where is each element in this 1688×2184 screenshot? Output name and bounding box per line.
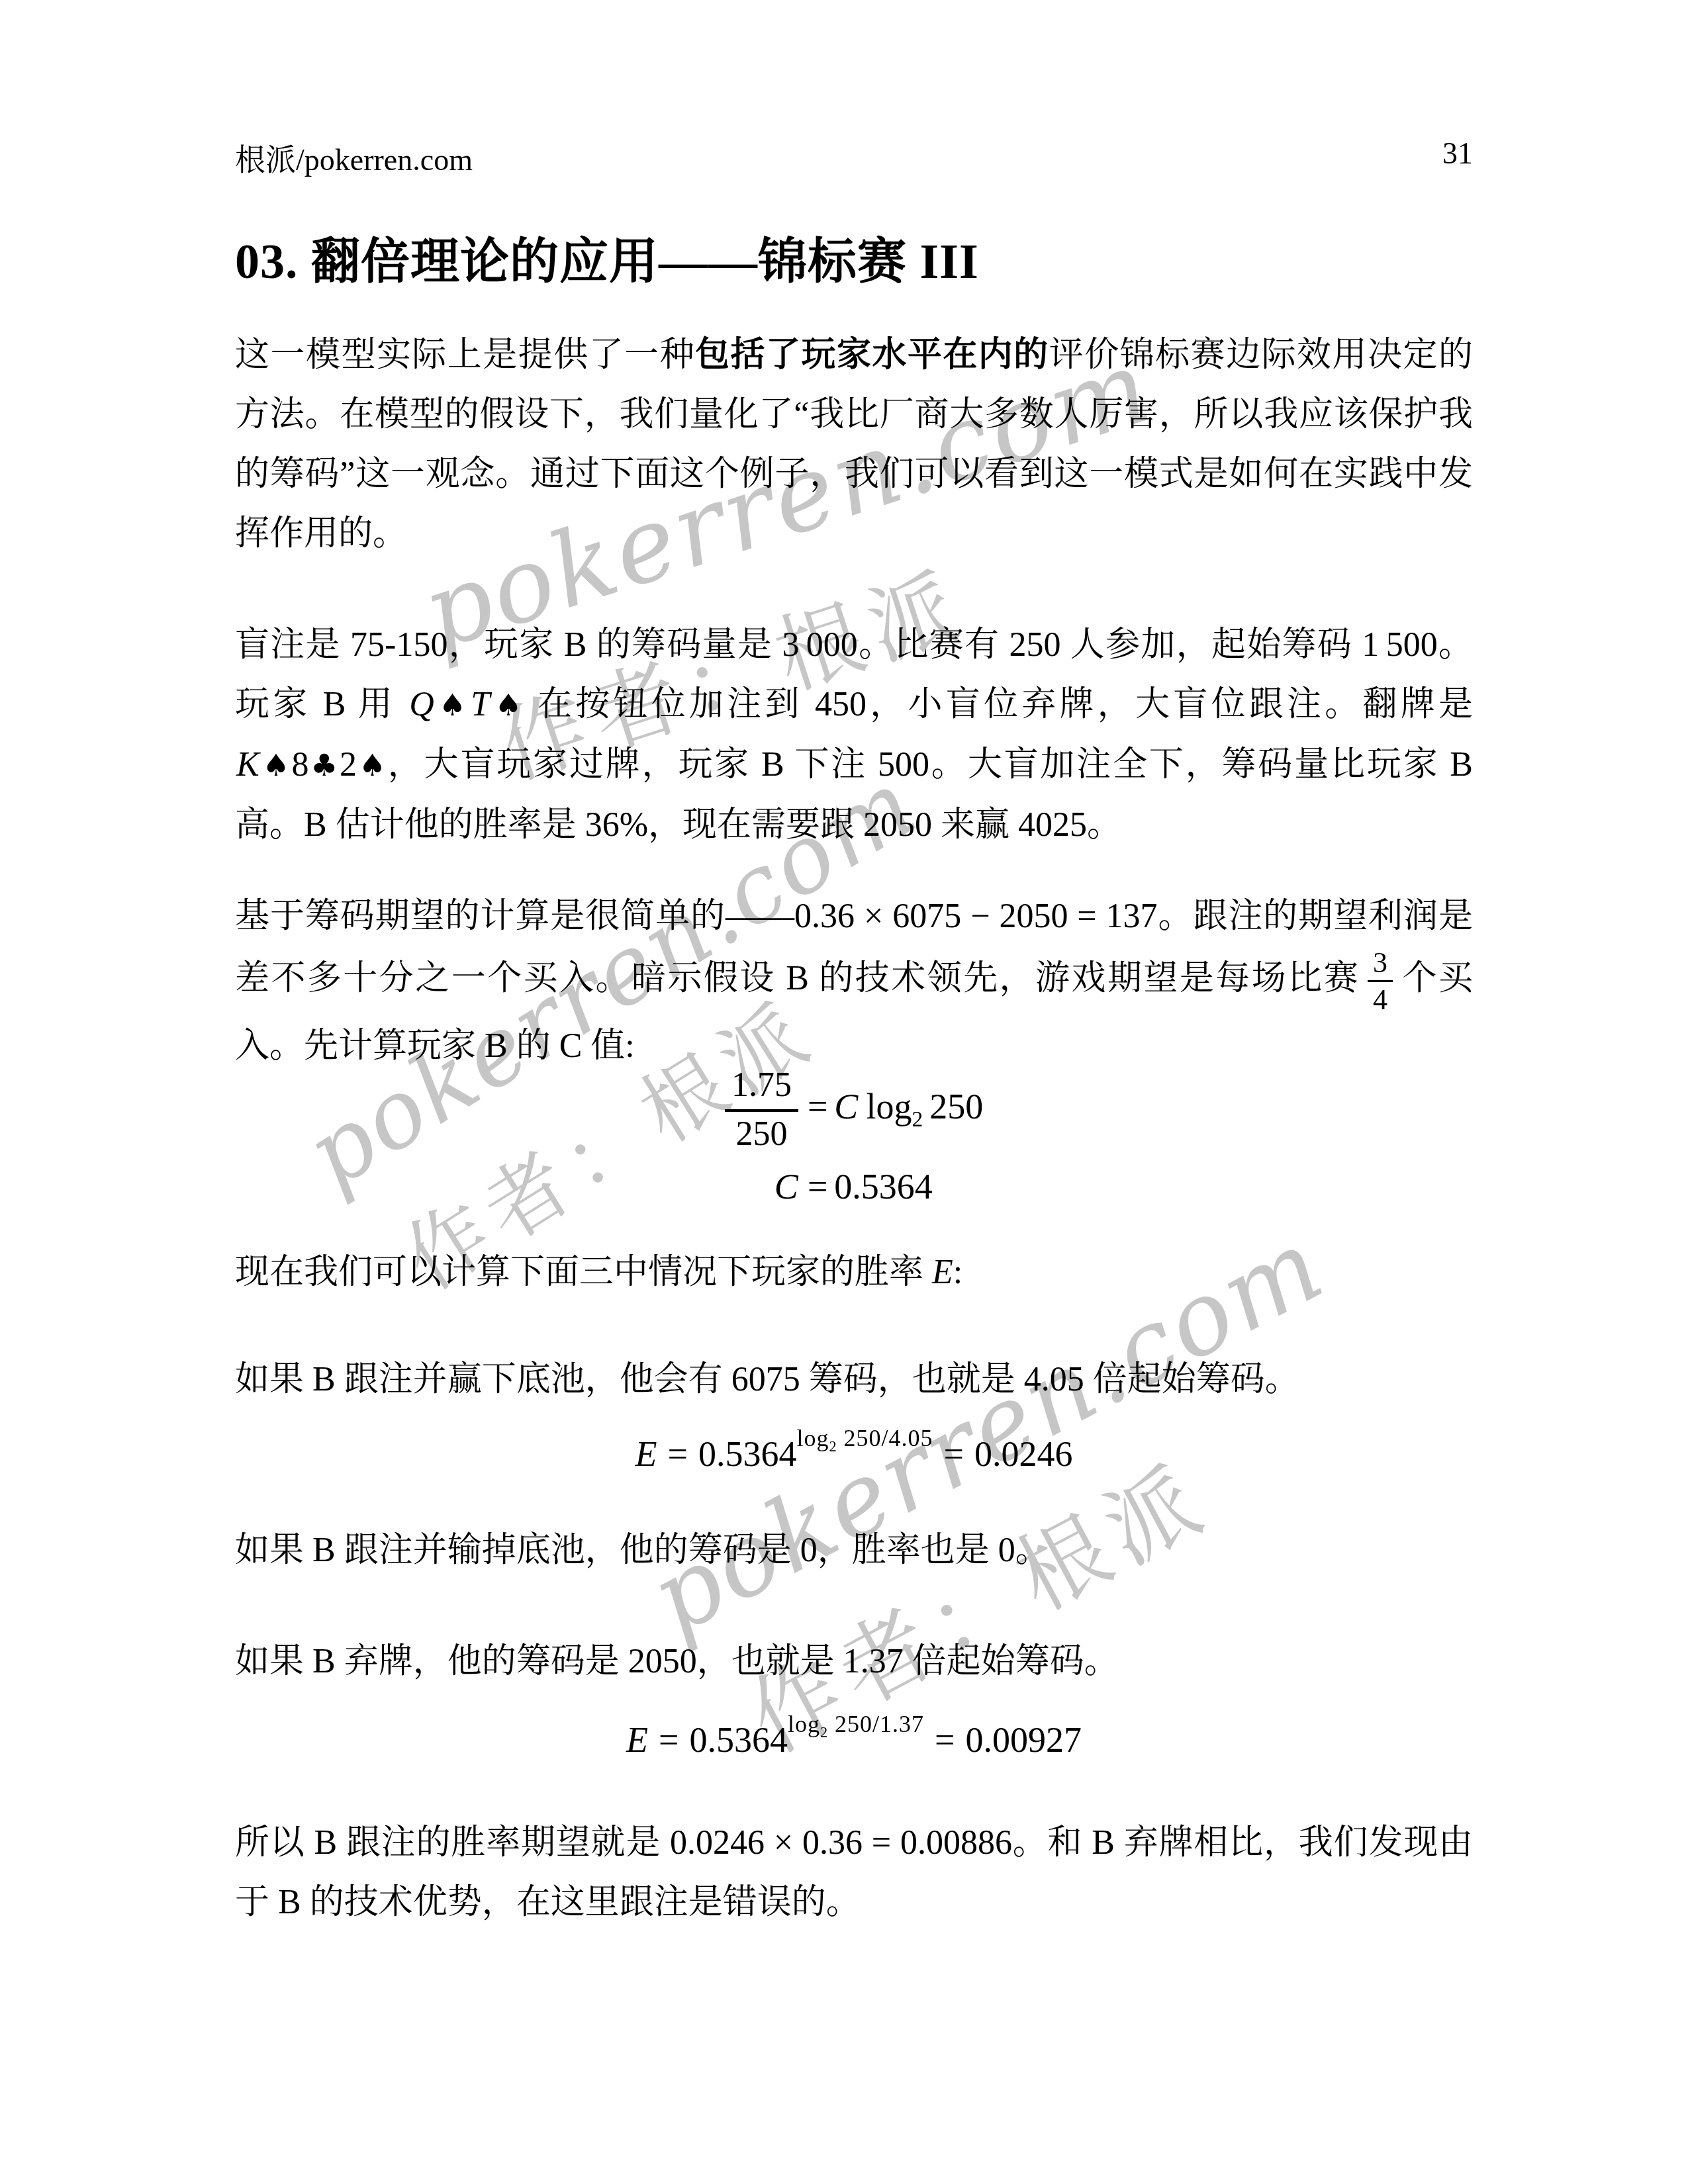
- variable-e: E: [932, 1253, 953, 1291]
- result-value: 0.00927: [966, 1720, 1082, 1760]
- card-rank: T: [471, 686, 490, 723]
- card-rank: K: [236, 746, 259, 784]
- log-function: log2: [866, 1087, 923, 1126]
- exponent: log2 250/1.37: [788, 1711, 924, 1737]
- log-base: 2: [820, 1724, 828, 1741]
- card-rank: 2: [340, 746, 357, 784]
- formula-equity-fold: E=0.5364log2 250/1.37=0.00927: [235, 1710, 1473, 1760]
- fraction-numerator: 3: [1368, 946, 1393, 982]
- log-base: 2: [829, 1438, 837, 1455]
- page-header: 根派/pokerren.com 31: [235, 136, 1473, 179]
- flop-cards: K♠8♣2♠: [235, 746, 388, 784]
- page-content: 根派/pokerren.com 31 03. 翻倍理论的应用——锦标赛 III …: [0, 0, 1688, 2184]
- base-value: 0.5364: [689, 1720, 788, 1760]
- inline-math-chip-ev: 0.36 × 6075 − 2050 = 137: [794, 897, 1158, 935]
- variable-c: C: [834, 1087, 858, 1126]
- paragraph-ev-calculation: 基于筹码期望的计算是很简单的——0.36 × 6075 − 2050 = 137…: [235, 887, 1473, 1076]
- log-argument: 250: [929, 1087, 983, 1126]
- formula-equity-win: E=0.5364log2 250/4.05=0.0246: [235, 1424, 1473, 1475]
- bold-text-run: 包括了玩家水平在内的: [695, 336, 1049, 374]
- equation-result: =0.5364: [798, 1166, 933, 1207]
- spade-suit-icon: ♠: [357, 748, 388, 783]
- exponent: log2 250/4.05: [796, 1425, 933, 1451]
- text-run: 基于筹码期望的计算是很简单的——: [235, 897, 794, 935]
- paragraph-case-win: 如果 B 跟注并赢下底池，他会有 6075 筹码，也就是 4.05 倍起始筹码。: [235, 1350, 1473, 1410]
- fraction-denominator: 250: [725, 1112, 798, 1154]
- equals-sign: =: [935, 1720, 955, 1760]
- inline-math-equity-ev: 0.0246 × 0.36 = 0.00886: [670, 1824, 1012, 1862]
- document-page: pokerren.com 作者：根派 pokerren.com 作者：根派 po…: [0, 0, 1688, 2184]
- paragraph-model-intro: 这一模型实际上是提供了一种包括了玩家水平在内的评价锦标赛边际效用决定的方法。在模…: [235, 326, 1473, 564]
- log-base: 2: [912, 1107, 923, 1132]
- text-run: 在按钮位加注到 450，小盲位弃牌，大盲位跟注。翻牌是: [526, 686, 1473, 723]
- text-run: ，大盲玩家过牌，玩家 B 下注 500。大盲加注全下，筹码量比玩家 B 高。B …: [235, 746, 1473, 844]
- exponent-argument: 250/1.37: [828, 1711, 924, 1737]
- formula-c-value: 1.75250 =Clog2250 C =0.5364: [235, 1064, 1473, 1207]
- fraction-denominator: 4: [1368, 982, 1393, 1016]
- paragraph-hand-setup: 盲注是 75-150，玩家 B 的筹码量是 3 000。比赛有 250 人参加，…: [235, 615, 1473, 855]
- base-value: 0.5364: [698, 1434, 797, 1474]
- spade-suit-icon: ♠: [491, 688, 526, 723]
- section-title: 03. 翻倍理论的应用——锦标赛 III: [235, 222, 979, 293]
- hole-cards: Q♠T♠: [408, 686, 526, 723]
- paragraph-case-lose: 如果 B 跟注并输掉底池，他的筹码是 0，胜率也是 0。: [235, 1521, 1473, 1580]
- text-run: 现在我们可以计算下面三中情况下玩家的胜率: [235, 1253, 932, 1291]
- equals-sign: =: [808, 1167, 827, 1206]
- variable-e: E: [635, 1434, 657, 1474]
- running-head-site-label: 根派/pokerren.com: [235, 136, 473, 179]
- inline-fraction-three-quarters: 34: [1368, 946, 1393, 1017]
- paragraph-case-fold: 如果 B 弃牌，他的筹码是 2050，也就是 1.37 倍起始筹码。: [235, 1632, 1473, 1692]
- equals-sign: =: [808, 1087, 827, 1126]
- c-value: 0.5364: [834, 1167, 933, 1206]
- page-number: 31: [1442, 136, 1473, 179]
- spade-suit-icon: ♠: [261, 748, 292, 783]
- paragraph-conclusion: 所以 B 跟注的胜率期望就是 0.0246 × 0.36 = 0.00886。和…: [235, 1813, 1473, 1933]
- card-rank: Q: [409, 686, 434, 723]
- equals-sign: =: [667, 1434, 687, 1474]
- variable-c: C: [774, 1166, 798, 1207]
- text-run: :: [953, 1253, 962, 1291]
- log-label: log: [866, 1087, 912, 1126]
- log-label: log: [796, 1425, 829, 1451]
- spade-suit-icon: ♠: [436, 688, 470, 723]
- equals-sign: =: [944, 1434, 964, 1474]
- variable-e: E: [626, 1720, 648, 1760]
- result-value: 0.0246: [974, 1434, 1073, 1474]
- log-label: log: [788, 1711, 820, 1737]
- card-rank: 8: [291, 746, 308, 784]
- club-suit-icon: ♣: [308, 748, 340, 783]
- equation-rhs: =Clog2250: [798, 1086, 983, 1132]
- equals-sign: =: [659, 1720, 679, 1760]
- paragraph-three-cases-lead: 现在我们可以计算下面三中情况下玩家的胜率 E:: [235, 1243, 1473, 1302]
- exponent-argument: 250/4.05: [837, 1425, 933, 1451]
- text-run: 这一模型实际上是提供了一种: [235, 336, 695, 374]
- equation-lhs-fraction: 1.75250: [725, 1064, 798, 1154]
- text-run: 所以 B 跟注的胜率期望就是: [235, 1824, 670, 1862]
- fraction-numerator: 1.75: [725, 1064, 798, 1112]
